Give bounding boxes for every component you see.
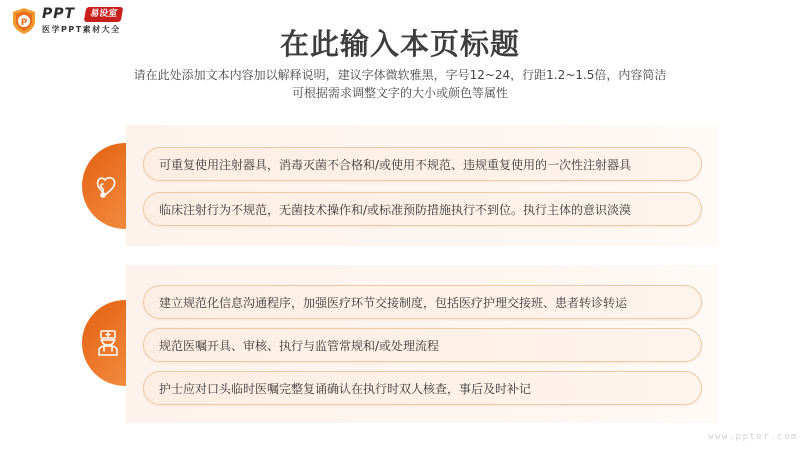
stethoscope-heart-icon — [94, 172, 122, 200]
section-1-panel — [126, 125, 718, 246]
section-1-item-1: 可重复使用注射器具，消毒灭菌不合格和/或使用不规范、违规重复使用的一次性注射器具 — [143, 147, 702, 181]
watermark: www.ppter.com — [708, 432, 798, 442]
section-2-item-1: 建立规范化信息沟通程序，加强医疗环节交接制度，包括医疗护理交接班、患者转诊转运 — [143, 285, 702, 319]
section-2-item-3: 护士应对口头临时医嘱完整复诵确认在执行时双人核查，事后及时补记 — [143, 371, 702, 405]
page-title: 在此输入本页标题 — [0, 22, 800, 63]
subtitle-line-2: 可根据需求调整文字的大小或颜色等属性 — [100, 84, 700, 102]
page-subtitle: 请在此处添加文本内容加以解释说明，建议字体微软雅黑，字号12~24，行距1.2~… — [100, 66, 700, 102]
section-2-icon-disc — [82, 300, 126, 386]
section-1-icon-disc — [82, 143, 126, 229]
logo-brand: PPT — [42, 6, 75, 22]
logo-badge: 易设室 — [84, 7, 124, 22]
section-2-item-2: 规范医嘱开具、审核、执行与监管常规和/或处理流程 — [143, 328, 702, 362]
nurse-icon — [94, 329, 122, 357]
subtitle-line-1: 请在此处添加文本内容加以解释说明，建议字体微软雅黑，字号12~24，行距1.2~… — [100, 66, 700, 84]
section-1-item-2: 临床注射行为不规范，无菌技术操作和/或标准预防措施执行不到位。执行主体的意识淡漠 — [143, 192, 702, 226]
